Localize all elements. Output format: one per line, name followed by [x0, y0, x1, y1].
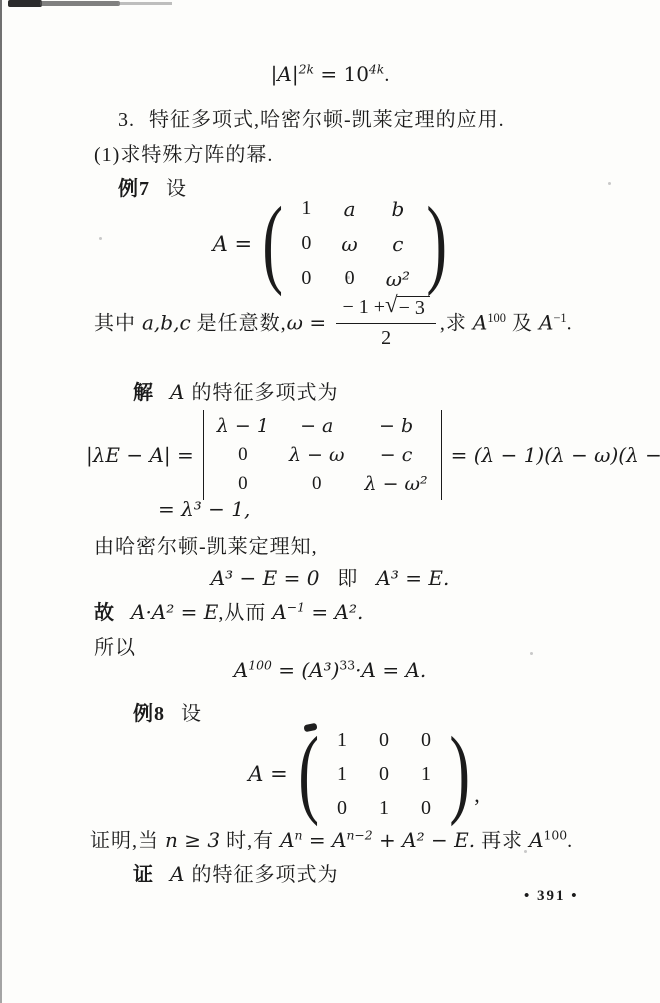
matrix-cell: 0	[299, 232, 313, 256]
equals-sign: =	[234, 232, 252, 256]
formula-text: A	[234, 658, 248, 682]
matrix-cell: 1	[419, 763, 433, 786]
formula-text: = A	[303, 828, 347, 852]
formula-text: n ≥ 3	[165, 828, 220, 852]
exponent: n−2	[346, 827, 372, 842]
exponent: 100	[544, 827, 568, 842]
characteristic-polynomial-determinant: |λE − A| = λ − 1− a− b 0λ − ω− c 00λ − ω…	[86, 410, 660, 500]
text: 是任意数,	[191, 313, 287, 335]
omega-definition-line: 其中 a,b,c 是任意数,ω = − 1 + √− 32,求 A100 及 A…	[94, 298, 572, 352]
text: 的特征多项式为	[185, 382, 338, 404]
denominator: 2	[336, 323, 435, 350]
var-a: A	[473, 311, 487, 335]
det-cell: 0	[217, 444, 269, 466]
det-cell: 0	[289, 473, 345, 495]
matrix-a-example8: A = ( 100 101 010 ) ,	[0, 726, 660, 822]
scan-speck	[530, 652, 533, 655]
matrix-cell: 0	[335, 797, 349, 820]
hamilton-cayley-line: 由哈密尔顿-凯莱定理知,	[94, 530, 318, 559]
matrix-entries: 100 101 010	[319, 729, 449, 820]
matrix-cell: 0	[377, 729, 391, 752]
matrix-cell: 1	[299, 197, 313, 221]
solution-label: 解	[133, 382, 154, 404]
matrix-cell: 0	[341, 267, 357, 291]
therefore-line: 所以	[94, 631, 136, 660]
solution-heading: 解A 的特征多项式为	[133, 376, 338, 405]
proof-heading: 证A 的特征多项式为	[133, 858, 338, 887]
period: .	[384, 64, 389, 86]
omega-equals: ω =	[287, 311, 333, 335]
determinant-lhs: |λE − A| =	[86, 443, 194, 467]
exponent: 2k	[299, 61, 314, 76]
page-number-text: • 391 •	[524, 888, 579, 904]
section-title: 特征多项式,哈密尔顿-凯莱定理的应用.	[149, 109, 505, 131]
matrix-entries: 1ab 0ωc 00ω²	[283, 197, 426, 291]
text: 及	[506, 313, 539, 335]
radicand: − 3	[397, 296, 430, 320]
scanned-book-page: |A|2k = 104k. 3.特征多项式,哈密尔顿-凯莱定理的应用. (1)求…	[0, 0, 660, 1003]
subsection-heading: (1)求特殊方阵的幂.	[94, 138, 273, 167]
formula-text: |A|	[271, 62, 299, 86]
text: 时,有	[220, 830, 280, 852]
formula-text: = 10	[314, 62, 369, 86]
period: .	[567, 313, 572, 335]
text: 由哈密尔顿-凯莱定理知,	[94, 536, 318, 558]
prove-statement-line: 证明,当 n ≥ 3 时,有 An = An−2 + A² − E. 再求 A1…	[90, 824, 572, 853]
matrix-cell: 1	[377, 797, 391, 820]
a-cubed-identity-line: A³ − E = 0即A³ = E.	[0, 562, 660, 591]
binding-smudge-artifact	[40, 1, 120, 6]
page-left-edge-shadow	[0, 0, 2, 1003]
formula-text: = λ³ − 1,	[158, 497, 250, 521]
var-a: A	[170, 380, 185, 404]
formula-text: A	[529, 828, 543, 852]
matrix-left-paren: (	[262, 196, 283, 292]
fraction: − 1 + √− 32	[336, 296, 435, 350]
matrix-right-paren: )	[449, 726, 470, 822]
exponent: −1	[553, 311, 566, 325]
exponent: −1	[287, 599, 305, 614]
exponent: 33	[339, 657, 355, 672]
text: 所以	[94, 637, 136, 659]
var-a: A	[539, 311, 553, 335]
exponent: 100	[248, 657, 272, 672]
det-cell: − c	[364, 444, 427, 466]
exponent: 100	[487, 311, 506, 325]
det-cell: 0	[217, 473, 269, 495]
example8-heading: 例8设	[133, 697, 202, 726]
matrix-cell: b	[386, 197, 410, 221]
formula-text: A³ = E.	[376, 566, 449, 590]
var-a: A	[170, 862, 185, 886]
section-number: 3.	[118, 109, 135, 131]
formula-text: A	[272, 600, 286, 624]
trailing-comma: ,	[474, 782, 480, 808]
matrix-cell: ω²	[386, 267, 410, 291]
text: ,从而	[218, 602, 272, 624]
formula-text: A³ − E = 0	[211, 566, 320, 590]
text: 其中	[94, 313, 142, 335]
matrix-left-paren: (	[298, 726, 319, 822]
matrix-lhs: A =	[213, 232, 252, 256]
var-a: A	[213, 232, 228, 256]
var-a: A	[248, 762, 263, 786]
matrix-cell: 0	[419, 797, 433, 820]
binding-smudge-artifact	[118, 2, 172, 5]
subsection-text: (1)求特殊方阵的幂.	[94, 144, 273, 166]
matrix-group: A = ( 100 101 010 ) ,	[248, 726, 480, 822]
matrix-cell: c	[386, 232, 410, 256]
inverse-conclusion-line: 故A·A² = E,从而 A−1 = A².	[94, 596, 363, 625]
matrix-cell: 1	[335, 763, 349, 786]
a100-result-line: A100 = (A³)33·A = A.	[0, 658, 660, 683]
formula-text: A·A² = E	[131, 600, 218, 624]
scan-speck	[608, 182, 611, 185]
text-ji: 即	[337, 568, 358, 590]
matrix-a-example7: A = ( 1ab 0ωc 00ω² )	[0, 196, 660, 292]
exponent: n	[295, 827, 303, 842]
matrix-cell: ω	[341, 232, 357, 256]
section-heading: 3.特征多项式,哈密尔顿-凯莱定理的应用.	[118, 103, 505, 132]
matrix-lhs: A =	[248, 762, 287, 786]
determinant-rhs: = (λ − 1)(λ − ω)(λ − ω²)	[451, 443, 660, 467]
matrix-right-paren: )	[426, 196, 447, 292]
matrix-cell: a	[341, 197, 357, 221]
radical-sign: √	[385, 295, 398, 315]
lambda-cubed-line: = λ³ − 1,	[158, 497, 250, 521]
example8-text: 设	[181, 703, 202, 725]
binding-smudge-artifact	[8, 0, 42, 7]
text: ,求	[440, 313, 473, 335]
exponent: 4k	[369, 61, 384, 76]
formula-text: ·A = A.	[355, 658, 426, 682]
page-number: • 391 •	[524, 888, 579, 905]
period: .	[567, 830, 572, 852]
gu-label: 故	[94, 602, 115, 624]
matrix-cell: 0	[299, 267, 313, 291]
determinant-entries: λ − 1− a− b 0λ − ω− c 00λ − ω²	[203, 410, 442, 500]
matrix-cell: 0	[419, 729, 433, 752]
matrix-cell: 1	[335, 729, 349, 752]
matrix-cell: 0	[377, 763, 391, 786]
proof-label: 证	[133, 864, 154, 886]
formula-text: A	[280, 828, 294, 852]
numerator: − 1 +	[342, 296, 385, 319]
det-cell: λ − ω²	[364, 473, 427, 495]
example8-label: 例8	[133, 703, 165, 725]
det-cell: − a	[289, 415, 345, 437]
vars-abc: a,b,c	[142, 311, 191, 335]
det-cell: λ − ω	[289, 444, 345, 466]
text: 的特征多项式为	[185, 864, 338, 886]
text: 再求	[475, 830, 529, 852]
equals-sign: =	[270, 762, 288, 786]
formula-text: = (A³)	[272, 658, 340, 682]
text: 证明,当	[90, 830, 165, 852]
formula-text: = A².	[305, 600, 363, 624]
det-cell: − b	[364, 415, 427, 437]
formula-text: + A² − E.	[373, 828, 475, 852]
det-cell: λ − 1	[217, 415, 269, 437]
formula-determinant-power: |A|2k = 104k.	[0, 62, 660, 87]
